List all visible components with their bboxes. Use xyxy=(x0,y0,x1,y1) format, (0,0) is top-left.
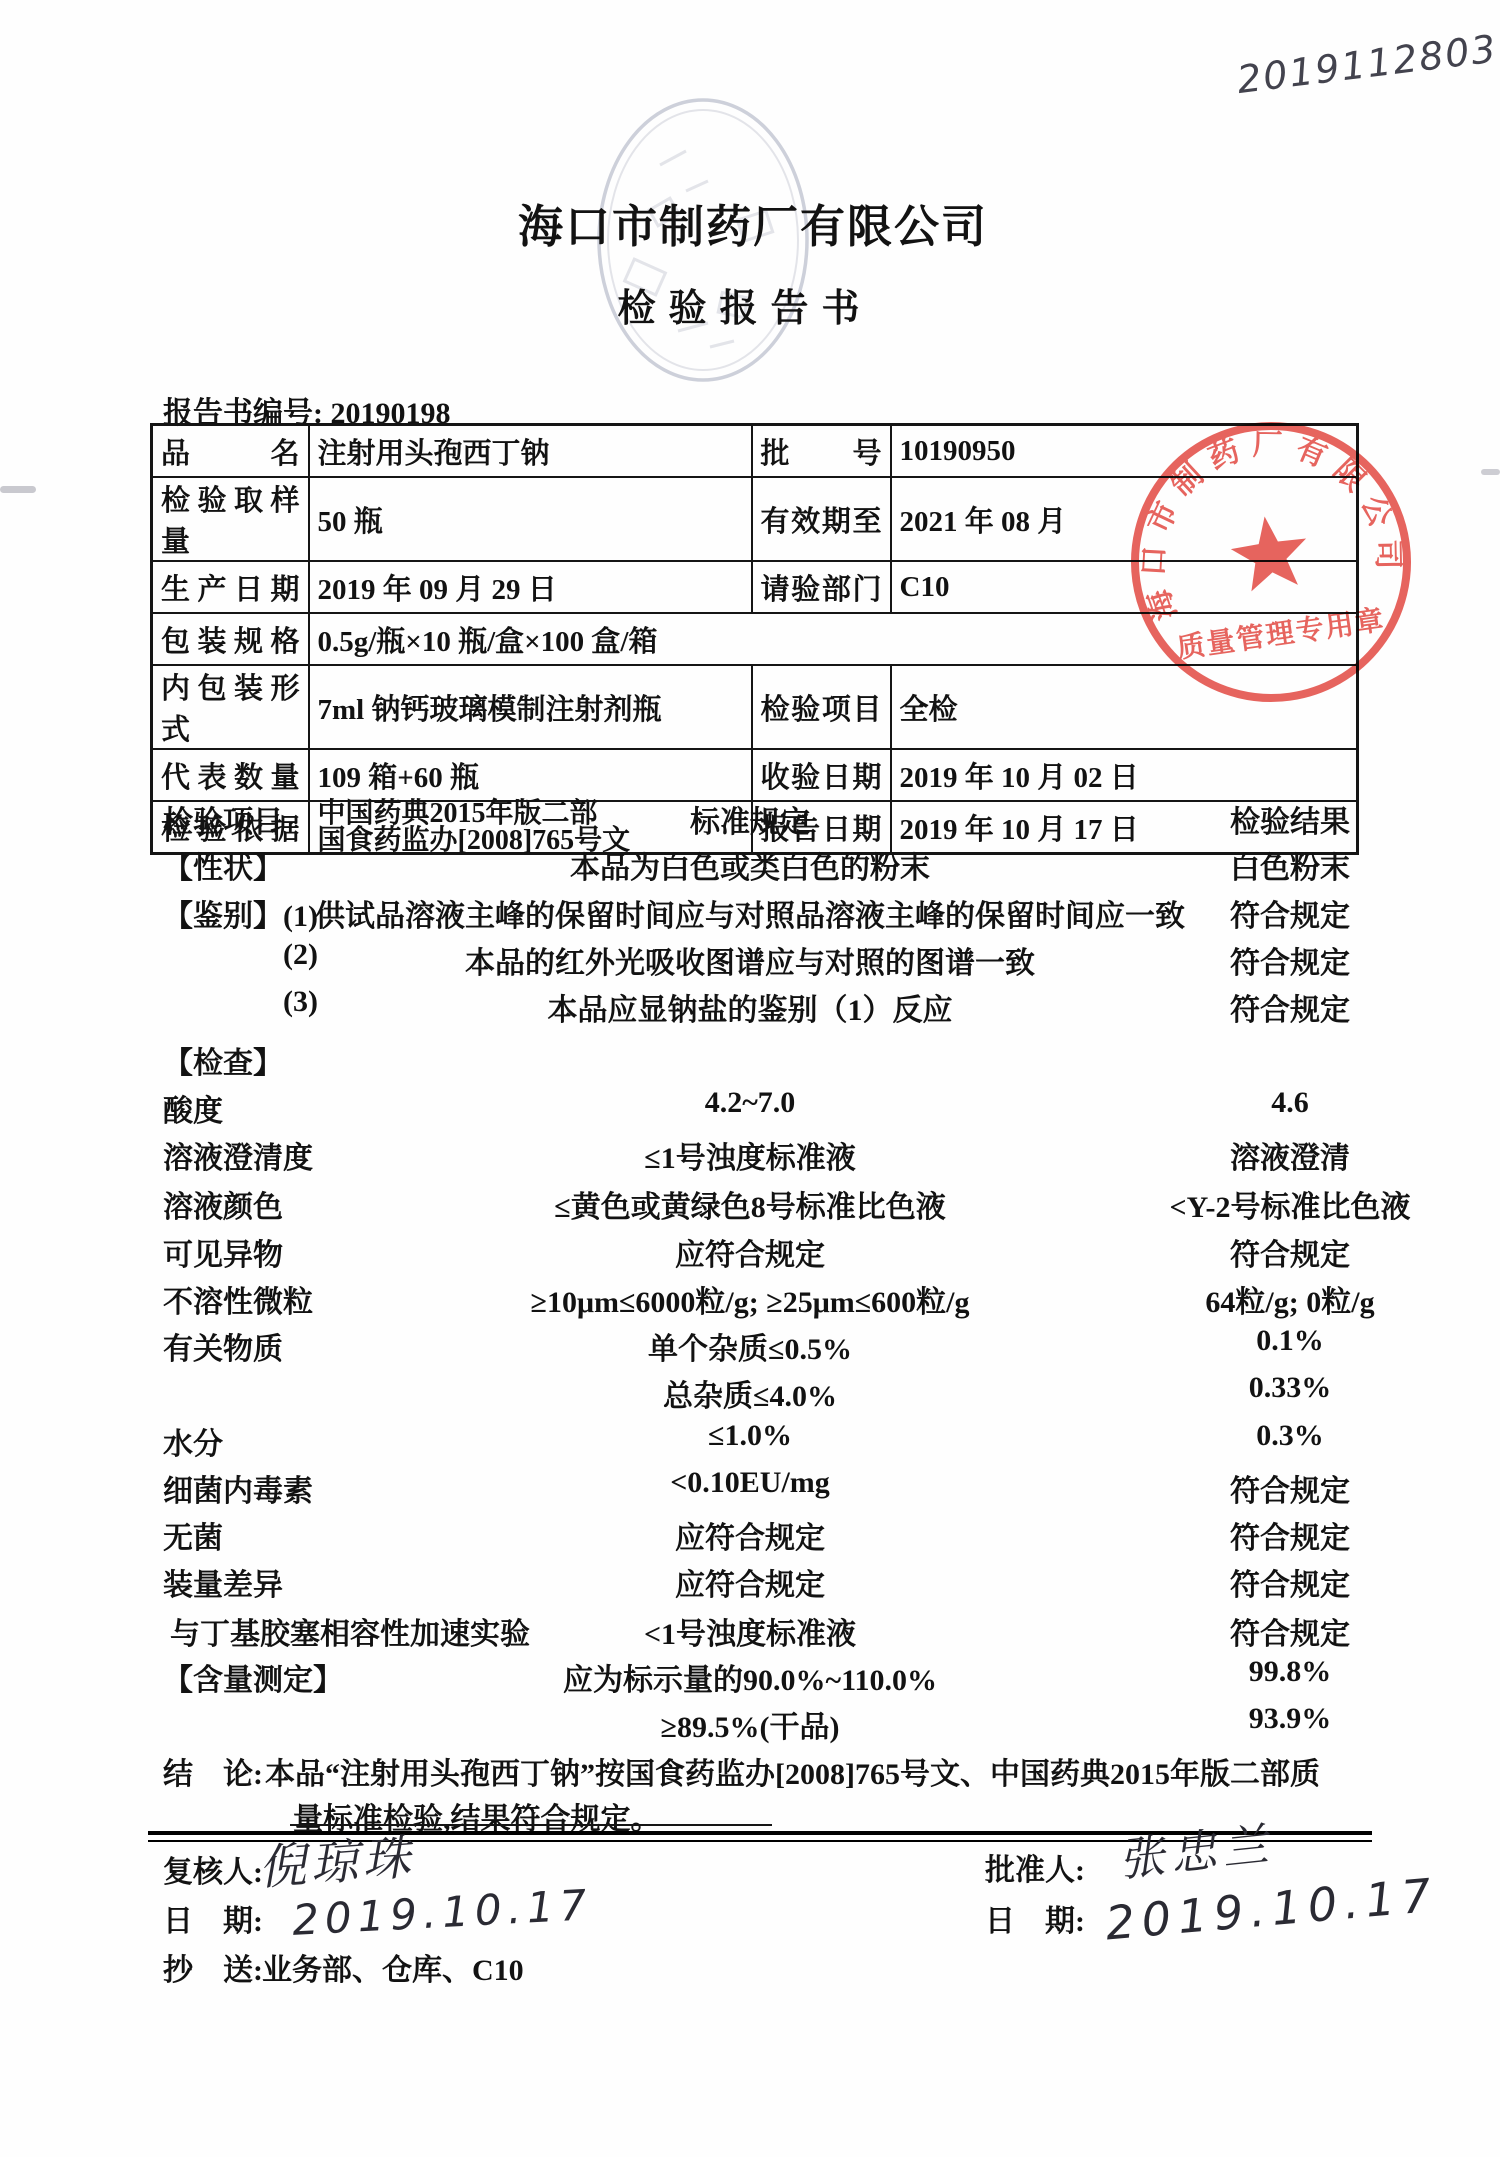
scanned-inspection-report-page: 20191128031 海口市制药厂有限公司 检验报告书 报告书编号: 2019… xyxy=(0,0,1500,2157)
info-label: 批号 xyxy=(752,425,891,478)
info-label: 内包装形式 xyxy=(152,665,309,749)
info-label: 生产日期 xyxy=(152,561,309,613)
star-icon xyxy=(1227,511,1312,593)
result-row: 有关物质 单个杂质≤0.5% 0.1% xyxy=(0,1324,1500,1366)
result-row: 溶液颜色 ≤黄色或黄绿色8号标准比色液 <Y-2号标准比色液 xyxy=(0,1182,1500,1224)
result-value: 0.1% xyxy=(1165,1324,1415,1358)
info-label: 检验项目 xyxy=(752,665,891,749)
table-row: 代表数量 109 箱+60 瓶 收验日期 2019 年 10 月 02 日 xyxy=(152,749,1358,801)
info-label: 代表数量 xyxy=(152,749,309,801)
result-value: 64粒/g; 0粒/g xyxy=(1165,1277,1415,1321)
conclusion-label: 结 论: xyxy=(163,1749,263,1793)
result-row: 【鉴别】(1) 供试品溶液主峰的保留时间应与对照品溶液主峰的保留时间应一致 符合… xyxy=(0,891,1500,933)
reviewer-label: 复核人: xyxy=(163,1847,263,1891)
result-row: 装量差异 应符合规定 符合规定 xyxy=(0,1560,1500,1602)
info-value: 2019 年 10 月 02 日 xyxy=(891,749,1358,801)
info-value: 50 瓶 xyxy=(309,477,752,561)
info-value: 注射用头孢西丁钠 xyxy=(309,425,752,478)
conclusion-line-1: 本品“注射用头孢西丁钠”按国食药监办[2008]765号文、中国药典2015年版… xyxy=(265,1749,1320,1793)
scan-artifact-left xyxy=(0,486,36,493)
result-row: 总杂质≤4.0% 0.33% xyxy=(0,1371,1500,1413)
result-value: 溶液澄清 xyxy=(1165,1133,1415,1177)
result-row: 【含量测定】 应为标示量的90.0%~110.0% 99.8% xyxy=(0,1655,1500,1697)
result-value: 0.33% xyxy=(1165,1371,1415,1405)
result-value: 符合规定 xyxy=(1165,891,1415,935)
result-row: 无菌 应符合规定 符合规定 xyxy=(0,1513,1500,1555)
result-value: <Y-2号标准比色液 xyxy=(1165,1182,1415,1226)
cc-label: 抄 送: xyxy=(163,1945,263,1989)
cc-value: 业务部、仓库、C10 xyxy=(262,1945,524,1989)
info-label: 有效期至 xyxy=(752,477,891,561)
seal-caption: 质量管理专用章 xyxy=(1175,603,1388,665)
approver-signature: 张忠兰 xyxy=(1115,1808,1277,1890)
red-quality-seal: 海口市制药厂有限公司 质量管理专用章 xyxy=(1121,412,1421,712)
reviewer-signature: 倪琼珠 xyxy=(256,1819,416,1899)
company-title: 海口市制药厂有限公司 xyxy=(0,190,1500,255)
info-label: 包装规格 xyxy=(152,613,309,665)
result-value: 符合规定 xyxy=(1165,1513,1415,1557)
info-label: 品名 xyxy=(152,425,309,478)
approver-label: 批准人: xyxy=(985,1845,1085,1889)
result-row: 水分 ≤1.0% 0.3% xyxy=(0,1419,1500,1461)
info-label: 检验取样量 xyxy=(152,477,309,561)
result-row: ≥89.5%(干品) 93.9% xyxy=(0,1702,1500,1744)
result-value: 99.8% xyxy=(1165,1655,1415,1689)
result-value: 符合规定 xyxy=(1165,1230,1415,1274)
result-row: 【检查】 xyxy=(0,1038,1500,1080)
review-date-label: 日 期: xyxy=(163,1896,263,1940)
result-value: 4.6 xyxy=(1165,1086,1415,1120)
result-value: 93.9% xyxy=(1165,1702,1415,1736)
result-value: 0.3% xyxy=(1165,1419,1415,1453)
result-value: 符合规定 xyxy=(1165,1466,1415,1510)
results-header: 检验项目 标准规定 检验结果 xyxy=(0,797,1500,839)
info-value: 109 箱+60 瓶 xyxy=(309,749,752,801)
result-value: 符合规定 xyxy=(1165,985,1415,1029)
result-value: 符合规定 xyxy=(1165,1609,1415,1653)
result-item: 【检查】 xyxy=(163,1038,283,1082)
info-label: 请验部门 xyxy=(752,561,891,613)
scan-artifact-right xyxy=(1481,469,1500,475)
result-row: 细菌内毒素 <0.10EU/mg 符合规定 xyxy=(0,1466,1500,1508)
result-row: 酸度 4.2~7.0 4.6 xyxy=(0,1086,1500,1128)
approve-date-label: 日 期: xyxy=(985,1896,1085,1940)
result-row: 溶液澄清度 ≤1号浊度标准液 溶液澄清 xyxy=(0,1133,1500,1175)
result-value: 白色粉末 xyxy=(1165,843,1415,887)
result-row: 可见异物 应符合规定 符合规定 xyxy=(0,1230,1500,1272)
result-row: (2) 本品的红外光吸收图谱应与对照的图谱一致 符合规定 xyxy=(0,938,1500,980)
info-value: 7ml 钠钙玻璃模制注射剂瓶 xyxy=(309,665,752,749)
results-header-result: 检验结果 xyxy=(1165,797,1415,841)
result-value: 符合规定 xyxy=(1165,938,1415,982)
result-value: 符合规定 xyxy=(1165,1560,1415,1604)
document-title: 检验报告书 xyxy=(0,277,1490,332)
info-value: 2019 年 09 月 29 日 xyxy=(309,561,752,613)
result-row: 【性状】 本品为白色或类白色的粉末 白色粉末 xyxy=(0,843,1500,885)
handwritten-reference-number: 20191128031 xyxy=(1235,23,1500,102)
result-row: (3) 本品应显钠盐的鉴别（1）反应 符合规定 xyxy=(0,985,1500,1027)
result-row: 不溶性微粒 ≥10μm≤6000粒/g; ≥25μm≤600粒/g 64粒/g;… xyxy=(0,1277,1500,1319)
info-label: 收验日期 xyxy=(752,749,891,801)
result-row: 与丁基胶塞相容性加速实验 <1号浊度标准液 符合规定 xyxy=(0,1609,1500,1651)
